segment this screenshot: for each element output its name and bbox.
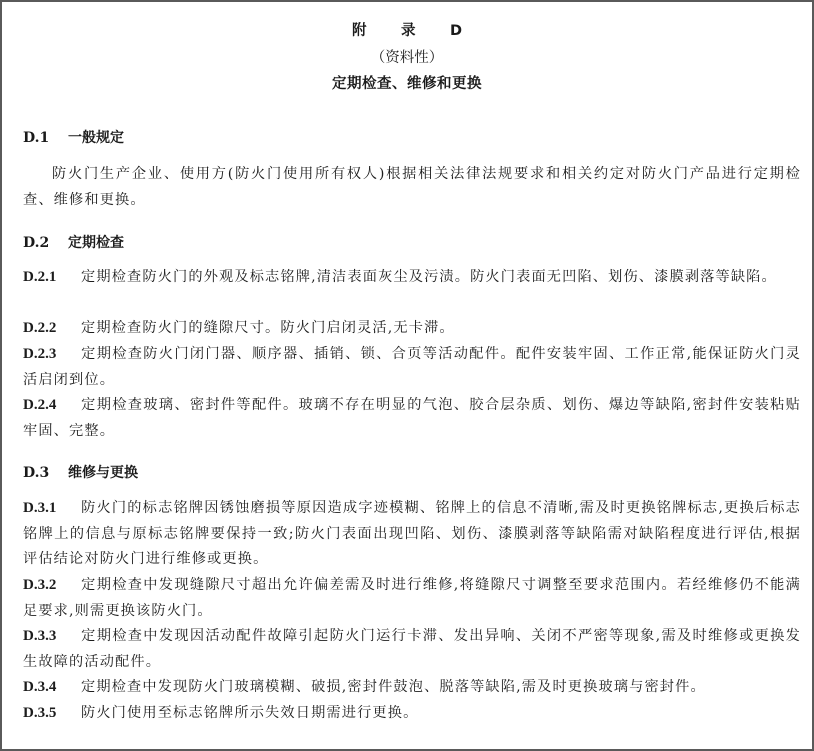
clause-text: 定期检查玻璃、密封件等配件。玻璃不存在明显的气泡、胶合层杂质、划伤、爆边等缺陷,… (23, 397, 801, 439)
clause-d2-2: D.2.2定期检查防火门的缝隙尺寸。防火门启闭灵活,无卡滞。 (23, 316, 801, 342)
document-page: 附 录 D （资料性） 定期检查、维修和更换 D.1一般规定 防火门生产企业、使… (0, 0, 814, 751)
section-number: D.3 (23, 465, 68, 481)
section-title: 定期检查 (68, 235, 124, 251)
appendix-title: 定期检查、维修和更换 (2, 72, 812, 93)
clause-text: 定期检查防火门闭门器、顺序器、插销、锁、合页等活动配件。配件安装牢固、工作正常,… (23, 346, 801, 388)
clause-d3-3: D.3.3定期检查中发现因活动配件故障引起防火门运行卡滞、发出异响、关闭不严密等… (23, 624, 801, 675)
clause-number: D.3.5 (23, 701, 81, 727)
clause-d3-1: D.3.1防火门的标志铭牌因锈蚀磨损等原因造成字迹模糊、铭牌上的信息不清晰,需及… (23, 496, 801, 573)
paragraph-d1: 防火门生产企业、使用方(防火门使用所有权人)根据相关法律法规要求和相关约定对防火… (23, 162, 801, 213)
clause-text: 定期检查中发现缝隙尺寸超出允许偏差需及时进行维修,将缝隙尺寸调整至要求范围内。若… (23, 577, 801, 619)
clause-text: 防火门的标志铭牌因锈蚀磨损等原因造成字迹模糊、铭牌上的信息不清晰,需及时更换铭牌… (23, 500, 801, 567)
clause-d2-3: D.2.3定期检查防火门闭门器、顺序器、插销、锁、合页等活动配件。配件安装牢固、… (23, 342, 801, 393)
clause-d3-4: D.3.4定期检查中发现防火门玻璃模糊、破损,密封件鼓泡、脱落等缺陷,需及时更换… (23, 675, 801, 701)
section-number: D.1 (23, 130, 68, 146)
clause-number: D.2.2 (23, 316, 81, 342)
clause-number: D.2.1 (23, 265, 81, 291)
section-title: 一般规定 (68, 130, 124, 146)
clause-d3-5: D.3.5防火门使用至标志铭牌所示失效日期需进行更换。 (23, 701, 801, 727)
clause-text: 定期检查防火门的缝隙尺寸。防火门启闭灵活,无卡滞。 (81, 320, 455, 336)
clause-number: D.3.3 (23, 624, 81, 650)
clause-number: D.3.4 (23, 675, 81, 701)
clause-number: D.3.1 (23, 496, 81, 522)
section-heading-d3: D.3维修与更换 (23, 462, 138, 482)
clause-text: 定期检查中发现因活动配件故障引起防火门运行卡滞、发出异响、关闭不严密等现象,需及… (23, 628, 801, 670)
clause-number: D.3.2 (23, 573, 81, 599)
section-title: 维修与更换 (68, 465, 138, 481)
appendix-nature: （资料性） (2, 46, 812, 67)
clause-text: 定期检查中发现防火门玻璃模糊、破损,密封件鼓泡、脱落等缺陷,需及时更换玻璃与密封… (81, 679, 706, 695)
clause-d2-4: D.2.4定期检查玻璃、密封件等配件。玻璃不存在明显的气泡、胶合层杂质、划伤、爆… (23, 393, 801, 444)
clause-text: 定期检查防火门的外观及标志铭牌,清洁表面灰尘及污渍。防火门表面无凹陷、划伤、漆膜… (81, 269, 777, 285)
section-heading-d2: D.2定期检查 (23, 232, 124, 252)
clause-d3-2: D.3.2定期检查中发现缝隙尺寸超出允许偏差需及时进行维修,将缝隙尺寸调整至要求… (23, 573, 801, 624)
clause-number: D.2.3 (23, 342, 81, 368)
section-number: D.2 (23, 235, 68, 251)
clause-number: D.2.4 (23, 393, 81, 419)
appendix-label: 附 录 D (2, 19, 812, 40)
clause-d2-1: D.2.1定期检查防火门的外观及标志铭牌,清洁表面灰尘及污渍。防火门表面无凹陷、… (23, 265, 801, 291)
clause-text: 防火门使用至标志铭牌所示失效日期需进行更换。 (81, 705, 418, 721)
section-heading-d1: D.1一般规定 (23, 127, 124, 147)
